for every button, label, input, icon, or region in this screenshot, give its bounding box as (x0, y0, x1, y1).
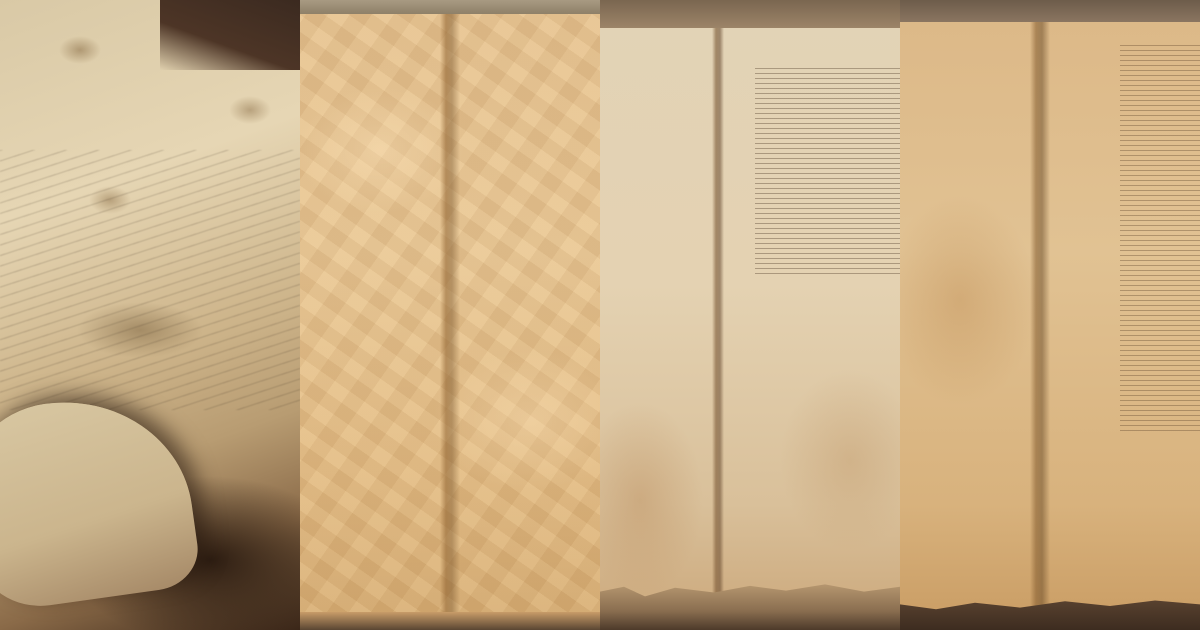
torn-bottom-edge (600, 582, 900, 630)
printed-text-block (755, 68, 900, 278)
torn-bottom-edge (900, 598, 1200, 630)
panel-crumpled-paper (300, 0, 600, 630)
paper-texture-collage (0, 0, 1200, 630)
top-edge (900, 0, 1200, 22)
panel-rolled-manuscript (0, 0, 300, 630)
bottom-edge (300, 612, 600, 630)
wood-background (160, 0, 300, 70)
top-edge (600, 0, 900, 28)
curled-page (0, 386, 203, 615)
top-edge (300, 0, 600, 14)
panel-folded-document (900, 0, 1200, 630)
text-column (1120, 45, 1200, 435)
panel-book-page (600, 0, 900, 630)
handwriting-texture (0, 150, 300, 410)
